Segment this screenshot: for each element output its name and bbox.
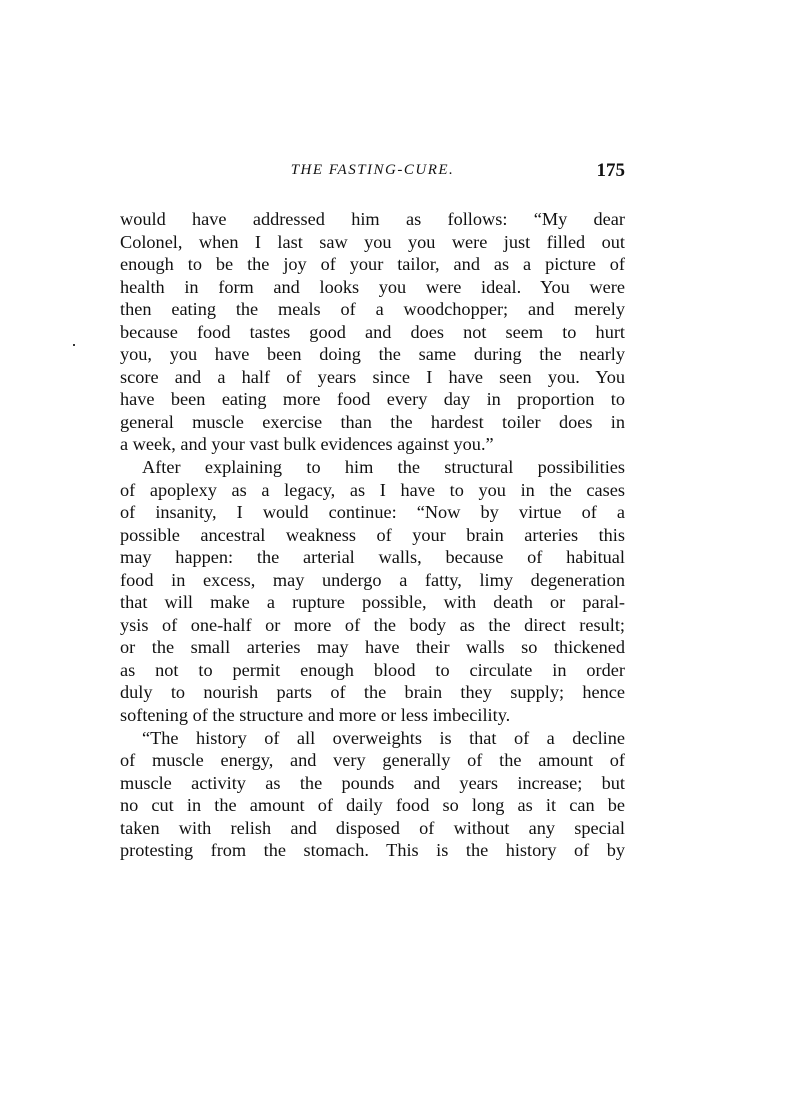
text-line: possible ancestral weakness of your brai… xyxy=(120,524,625,547)
text-line: as not to permit enough blood to circula… xyxy=(120,659,625,682)
book-page: THE FASTING-CURE. 175 would have address… xyxy=(0,0,790,1115)
text-line: you, you have been doing the same during… xyxy=(120,343,625,366)
text-line: taken with relish and disposed of withou… xyxy=(120,817,625,840)
text-line: of apoplexy as a legacy, as I have to yo… xyxy=(120,479,625,502)
text-line: have been eating more food every day in … xyxy=(120,388,625,411)
text-line: food in excess, may undergo a fatty, lim… xyxy=(120,569,625,592)
text-line: a week, and your vast bulk evidences aga… xyxy=(120,433,625,456)
text-line: Colonel, when I last saw you you were ju… xyxy=(120,231,625,254)
text-line: may happen: the arterial walls, because … xyxy=(120,546,625,569)
page-number: 175 xyxy=(597,160,626,182)
text-line: score and a half of years since I have s… xyxy=(120,366,625,389)
running-head: THE FASTING-CURE. 175 xyxy=(120,162,625,186)
text-line: that will make a rupture possible, with … xyxy=(120,591,625,614)
body-text: would have addressed him as follows: “My… xyxy=(120,208,625,862)
running-title: THE FASTING-CURE. xyxy=(120,162,625,179)
text-line: protesting from the stomach. This is the… xyxy=(120,839,625,862)
text-line: no cut in the amount of daily food so lo… xyxy=(120,794,625,817)
text-line: ysis of one-half or more of the body as … xyxy=(120,614,625,637)
text-line: would have addressed him as follows: “My… xyxy=(120,208,625,231)
text-line: health in form and looks you were ideal.… xyxy=(120,276,625,299)
paragraph-start-line: “The history of all overweights is that … xyxy=(120,727,625,750)
text-line: of insanity, I would continue: “Now by v… xyxy=(120,501,625,524)
text-line: softening of the structure and more or l… xyxy=(120,704,625,727)
text-line: enough to be the joy of your tailor, and… xyxy=(120,253,625,276)
text-line: general muscle exercise than the hardest… xyxy=(120,411,625,434)
text-line: or the small arteries may have their wal… xyxy=(120,636,625,659)
text-line: because food tastes good and does not se… xyxy=(120,321,625,344)
paragraph-start-line: After explaining to him the structural p… xyxy=(120,456,625,479)
text-line: duly to nourish parts of the brain they … xyxy=(120,681,625,704)
text-line: of muscle energy, and very generally of … xyxy=(120,749,625,772)
text-line: then eating the meals of a woodchopper; … xyxy=(120,298,625,321)
text-line: muscle activity as the pounds and years … xyxy=(120,772,625,795)
margin-speck xyxy=(73,344,75,346)
